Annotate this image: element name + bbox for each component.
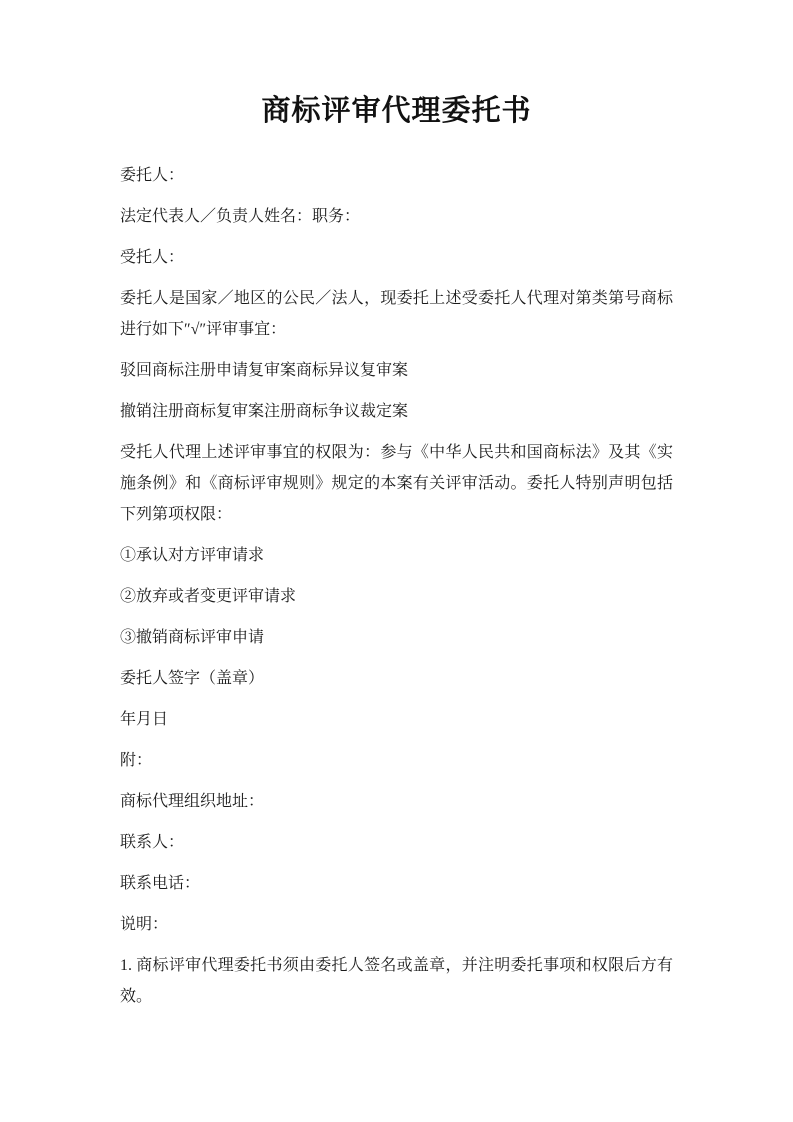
paragraph-trustee: 受托人： [120, 242, 673, 273]
document-page: 商标评审代理委托书 委托人： 法定代表人／负责人姓名：职务： 受托人： 委托人是… [0, 0, 793, 1122]
paragraph-contact-person: 联系人： [120, 827, 673, 858]
paragraph-signature-line: 委托人签字（盖章） [120, 663, 673, 694]
document-body: 委托人： 法定代表人／负责人姓名：职务： 受托人： 委托人是国家／地区的公民／法… [120, 160, 673, 1012]
paragraph-entrust-statement: 委托人是国家／地区的公民／法人，现委托上述受委托人代理对第类第号商标进行如下″√… [120, 283, 673, 345]
paragraph-special-right-3: ③撤销商标评审申请 [120, 622, 673, 653]
paragraph-case-option-2: 撤销注册商标复审案注册商标争议裁定案 [120, 396, 673, 427]
paragraph-attachment-label: 附： [120, 745, 673, 776]
paragraph-principal: 委托人： [120, 160, 673, 191]
paragraph-agency-address: 商标代理组织地址： [120, 786, 673, 817]
paragraph-date-line: 年月日 [120, 704, 673, 735]
paragraph-notes-heading: 说明： [120, 909, 673, 940]
paragraph-legal-representative: 法定代表人／负责人姓名：职务： [120, 201, 673, 232]
paragraph-special-right-1: ①承认对方评审请求 [120, 540, 673, 571]
paragraph-case-option-1: 驳回商标注册申请复审案商标异议复审案 [120, 355, 673, 386]
paragraph-contact-phone: 联系电话： [120, 868, 673, 899]
paragraph-note-1: 1. 商标评审代理委托书须由委托人签名或盖章，并注明委托事项和权限后方有效。 [120, 950, 673, 1012]
document-title: 商标评审代理委托书 [120, 90, 673, 132]
paragraph-special-right-2: ②放弃或者变更评审请求 [120, 581, 673, 612]
paragraph-authority-statement: 受托人代理上述评审事宜的权限为：参与《中华人民共和国商标法》及其《实施条例》和《… [120, 437, 673, 530]
